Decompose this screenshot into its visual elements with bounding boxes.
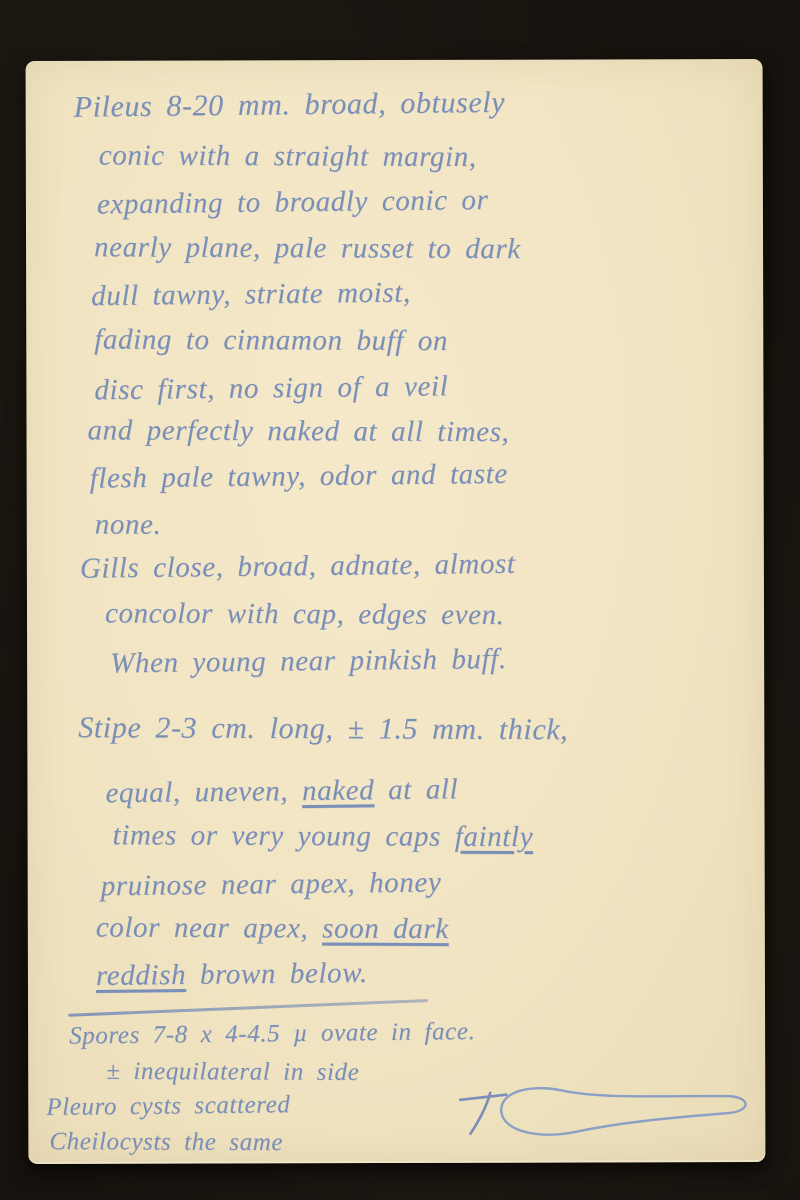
note-line: color near apex, soon dark [96,912,449,947]
note-text: ± inequilateral in side [106,1058,359,1086]
note-line: none. [95,509,162,542]
note-line: Cheilocysts the same [49,1128,283,1157]
note-line: dull tawny, striate moist, [91,277,411,314]
note-line: Pleuro cysts scattered [46,1091,290,1122]
note-line: When young near pinkish buff. [110,643,507,680]
note-text: Pleuro cysts scattered [46,1091,290,1121]
note-line: Stipe 2-3 cm. long, ± 1.5 mm. thick, [78,711,568,747]
note-line: fading to cinnamon buff on [94,324,448,359]
note-line: times or very young caps faintly [113,819,534,854]
note-text: brown below. [186,957,368,991]
underlined-word: reddish [96,959,186,992]
note-line: Pileus 8-20 mm. broad, obtusely [73,86,505,125]
note-card: Pileus 8-20 mm. broad, obtuselyconic wit… [26,59,766,1164]
note-line: concolor with cap, edges even. [105,597,505,632]
note-text: Pileus 8-20 mm. broad, obtusely [73,86,505,124]
note-text: times or very young caps [113,819,455,852]
underlined-word: faintly [455,821,533,853]
note-text: concolor with cap, edges even. [105,597,505,631]
note-text: Stipe 2-3 cm. long, ± 1.5 mm. thick, [78,711,568,746]
note-line: Spores 7-8 x 4-4.5 µ ovate in face. [69,1018,476,1051]
note-text: color near apex, [96,912,322,945]
note-text: fading to cinnamon buff on [94,324,448,358]
pointer-stroke [470,1093,490,1134]
note-text: conic with a straight margin, [99,139,477,173]
note-line: flesh pale tawny, odor and taste [89,458,507,496]
note-text: nearly plane, pale russet to dark [94,231,521,265]
note-text: pruinose near apex, honey [101,866,442,902]
underlined-word: naked [302,774,375,807]
note-line: pruinose near apex, honey [101,866,442,903]
note-text: Gills close, broad, adnate, almost [80,548,516,585]
note-text: Spores 7-8 x 4-4.5 µ ovate in face. [69,1018,476,1050]
note-line: conic with a straight margin, [99,139,477,174]
note-text: and perfectly naked at all times, [87,414,509,448]
note-text: disc first, no sign of a veil [94,370,448,406]
note-line: disc first, no sign of a veil [94,370,448,407]
note-line: ± inequilateral in side [106,1058,359,1087]
long-underline-stroke [68,999,428,1017]
note-line: Gills close, broad, adnate, almost [80,548,516,586]
note-text: equal, uneven, [105,775,302,809]
note-text: When young near pinkish buff. [110,643,507,679]
note-line: nearly plane, pale russet to dark [94,231,521,266]
note-text: expanding to broadly conic or [97,184,489,220]
pointer-dash [460,1095,506,1100]
cystidium-outline [501,1088,745,1135]
note-text: Cheilocysts the same [49,1128,283,1156]
note-line: reddish brown below. [96,957,368,993]
note-line: and perfectly naked at all times, [87,414,509,449]
note-line: expanding to broadly conic or [97,184,489,221]
note-text: at all [374,773,458,806]
note-text: none. [95,509,162,541]
note-text: dull tawny, striate moist, [91,277,411,313]
note-text: flesh pale tawny, odor and taste [89,458,507,495]
note-line: equal, uneven, naked at all [105,773,458,810]
underlined-word: soon dark [322,913,449,946]
